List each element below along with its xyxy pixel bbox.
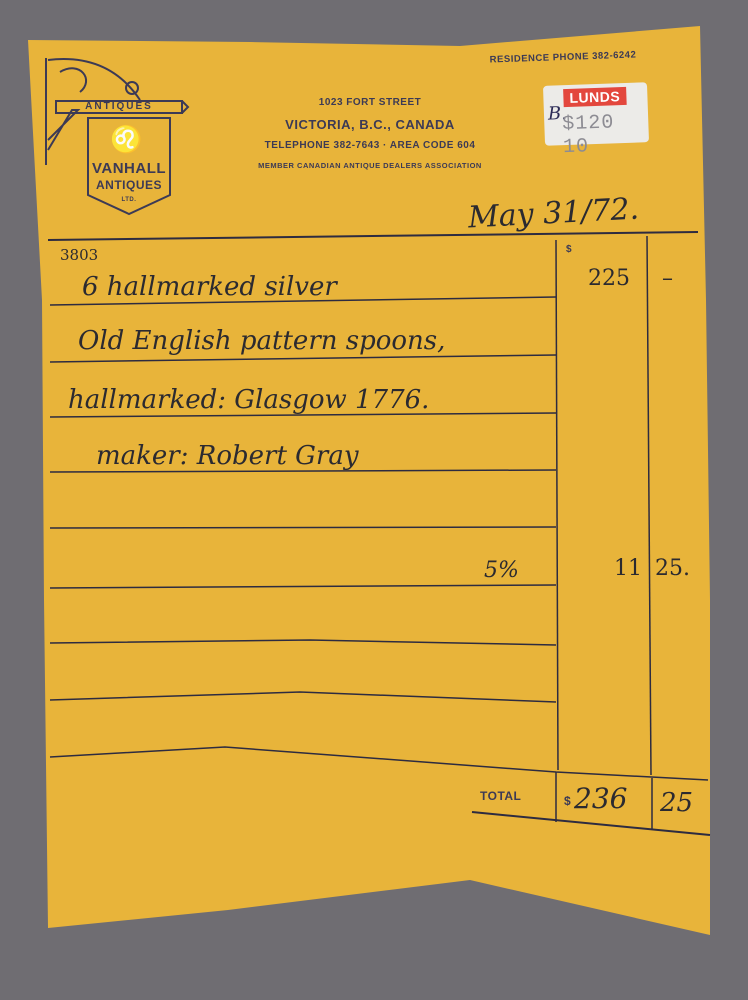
line-item-description: 6 hallmarked silver: [82, 272, 337, 302]
address-street: 1023 FORT STREET: [210, 97, 530, 108]
line-item-description: Old English pattern spoons,: [78, 326, 445, 356]
discount-cents: 25.: [655, 556, 690, 581]
telephone-line: TELEPHONE 382-7643 · AREA CODE 604: [210, 140, 530, 151]
lion-crest-icon: ♌: [110, 124, 142, 155]
logo-name-line3: LTD.: [86, 197, 172, 203]
address-city: VICTORIA, B.C., CANADA: [210, 117, 530, 132]
currency-symbol: $: [566, 244, 572, 255]
discount-dollars: 11: [614, 556, 642, 581]
line-item-cents: –: [662, 266, 673, 291]
discount-label: 5%: [484, 558, 519, 583]
logo-name-line1: VANHALL: [86, 160, 172, 177]
logo-sign-banner: ANTIQUES: [60, 101, 178, 113]
total-currency: $: [564, 794, 571, 808]
membership-line: MEMBER CANADIAN ANTIQUE DEALERS ASSOCIAT…: [200, 161, 540, 170]
total-cents: 25: [660, 788, 693, 818]
logo-name-line2: ANTIQUES: [86, 178, 172, 192]
total-dollars: 236: [574, 782, 627, 815]
line-item-description: hallmarked: Glasgow 1776.: [68, 385, 429, 415]
total-label: TOTAL: [480, 789, 521, 803]
reference-number: 3803: [60, 246, 98, 264]
store-label: LUNDS: [563, 87, 626, 107]
tag-price: $120 10: [562, 110, 650, 159]
line-item-description: maker: Robert Gray: [96, 441, 359, 471]
invoice-paper: ANTIQUES ♌ VANHALL ANTIQUES LTD. 1023 FO…: [0, 0, 748, 1000]
line-item-dollars: 225: [588, 266, 630, 291]
price-tag-sticker: LUNDS B. $120 10: [543, 82, 649, 146]
